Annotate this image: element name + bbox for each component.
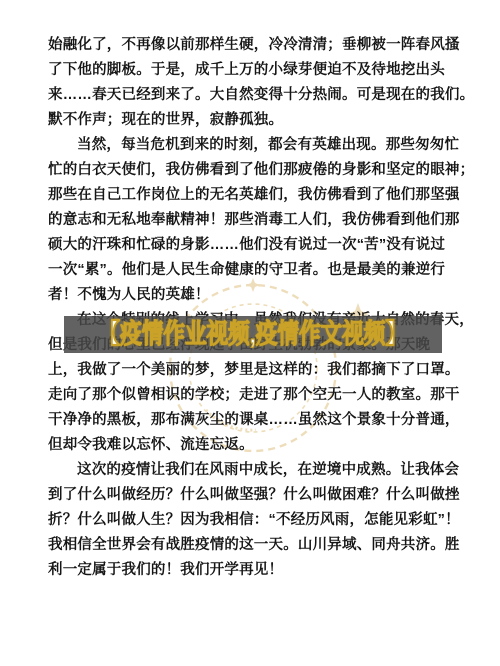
text-line: 走向了那个似曾相识的学校；走进了那个空无一人的教室。那干 xyxy=(48,383,456,408)
text-line: 的意志和无私地奉献精神！那些消毒工人们，我仿佛看到他们那 xyxy=(48,208,456,233)
text-line: 硕大的汗珠和忙碌的身影……他们没有说过一次“苦”没有说过 xyxy=(48,233,456,258)
text-line: 一次“累”。他们是人民生命健康的守卫者。也是最美的兼逆行 xyxy=(48,258,456,283)
text-line: 那些在自己工作岗位上的无名英雄们，我仿佛看到了他们那坚强 xyxy=(48,183,456,208)
text-line: 我相信全世界会有战胜疫情的这一天。山川异域、同舟共济。胜 xyxy=(48,533,456,558)
banner-title-text: 【疫情作业视频,疫情作文视频】 xyxy=(99,316,407,353)
text-line: 忙的白衣天使们，我仿佛看到了他们那疲倦的身影和坚定的眼神； xyxy=(48,158,456,183)
essay-text-block: 始融化了，不再像以前那样生硬，冷冷清清；垂柳被一阵春风搔了下他的脚板。于是，成千… xyxy=(48,33,456,583)
text-line: 当然，每当危机到来的时刻，都会有英雄出现。那些匆匆忙 xyxy=(48,133,456,158)
text-line: 利一定属于我们的！我们开学再见！ xyxy=(48,558,456,583)
text-line: 但却令我难以忘怀、流连忘返。 xyxy=(48,433,456,458)
document-page: 始融化了，不再像以前那样生硬，冷冷清清；垂柳被一阵春风搔了下他的脚板。于是，成千… xyxy=(0,0,500,666)
title-banner-overlay: 【疫情作业视频,疫情作文视频】 xyxy=(64,316,442,353)
text-line: 了下他的脚板。于是，成千上万的小绿芽便迫不及待地挖出头 xyxy=(48,58,456,83)
text-line: 上，我做了一个美丽的梦，梦里是这样的：我们都摘下了口罩。 xyxy=(48,358,456,383)
text-line: 始融化了，不再像以前那样生硬，冷冷清清；垂柳被一阵春风搔 xyxy=(48,33,456,58)
text-line: 折？什么叫做人生？因为我相信：“不经历风雨，怎能见彩虹”！ xyxy=(48,508,456,533)
text-line: 默不作声；现在的世界，寂静孤独。 xyxy=(48,108,456,133)
text-line: 干净净的黑板，那布满灰尘的课桌……虽然这个景象十分普通， xyxy=(48,408,456,433)
text-line: 来……春天已经到来了。大自然变得十分热闹。可是现在的我们。 xyxy=(48,83,456,108)
text-line: 到了什么叫做经历？什么叫做坚强？什么叫做困难？什么叫做挫 xyxy=(48,483,456,508)
text-line: 这次的疫情让我们在风雨中成长，在逆境中成熟。让我体会 xyxy=(48,458,456,483)
text-line: 者！不愧为人民的英雄！ xyxy=(48,283,456,308)
